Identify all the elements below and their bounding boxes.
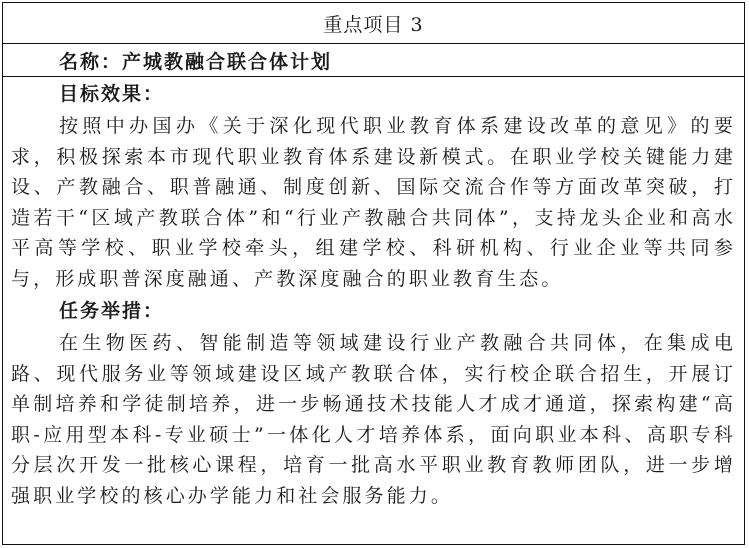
project-name: 名称：产城教融合联合体计划 [59,47,332,74]
project-body: 目标效果： 按照中办国办《关于深化现代职业教育体系建设改革的意见》的要求，积极探… [3,77,744,511]
project-name-row: 名称：产城教融合联合体计划 [3,44,744,77]
project-title-row: 重点项目 3 [3,3,744,44]
section-paragraph-measures: 在生物医药、智能制造等领域建设行业产教融合共同体，在集成电路、现代服务业等领域建… [11,328,736,511]
section-heading-measures: 任务举措： [11,296,736,328]
project-table: 重点项目 3 名称：产城教融合联合体计划 目标效果： 按照中办国办《关于深化现代… [2,2,745,545]
section-heading-goals: 目标效果： [11,79,736,111]
project-title: 重点项目 3 [323,10,423,37]
section-paragraph-goals: 按照中办国办《关于深化现代职业教育体系建设改革的意见》的要求，积极探索本市现代职… [11,111,736,294]
